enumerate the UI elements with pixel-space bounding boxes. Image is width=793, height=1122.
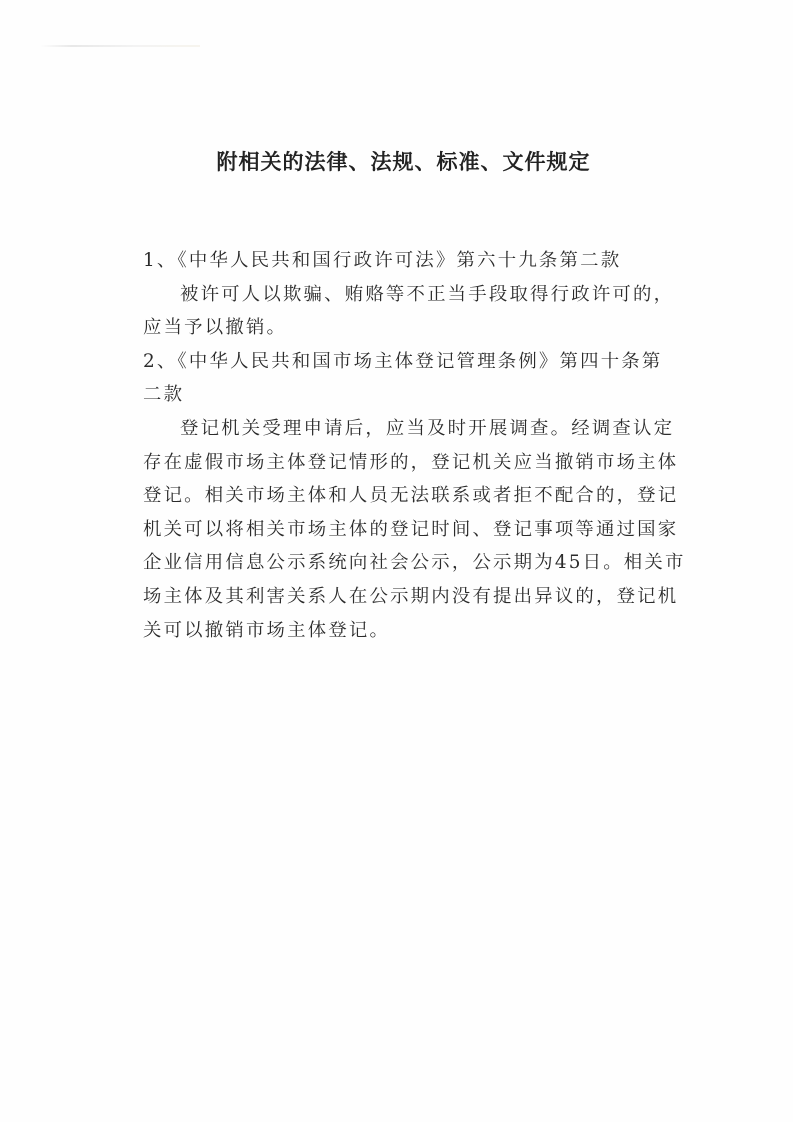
provision-heading-cont: 二款 (143, 378, 659, 412)
legal-provision-2: 2、《中华人民共和国市场主体登记管理条例》第四十条第 二款 登记机关受理申请后，… (143, 345, 659, 647)
provision-heading: 2、《中华人民共和国市场主体登记管理条例》第四十条第 (143, 345, 659, 379)
provision-text-line: 机关可以将相关市场主体的登记时间、登记事项等通过国家 (143, 513, 659, 547)
document-title: 附相关的法律、法规、标准、文件规定 (0, 146, 793, 176)
scan-artifact (40, 45, 200, 47)
provision-text-line: 被许可人以欺骗、贿赂等不正当手段取得行政许可的， (143, 278, 659, 312)
provision-text-line: 存在虚假市场主体登记情形的，登记机关应当撤销市场主体 (143, 446, 659, 480)
provision-text-line: 登记。相关市场主体和人员无法联系或者拒不配合的，登记 (143, 479, 659, 513)
provision-text-line: 应当予以撤销。 (143, 311, 659, 345)
provision-heading: 1、《中华人民共和国行政许可法》第六十九条第二款 (143, 244, 659, 278)
legal-provision-1: 1、《中华人民共和国行政许可法》第六十九条第二款 被许可人以欺骗、贿赂等不正当手… (143, 244, 659, 345)
document-body: 1、《中华人民共和国行政许可法》第六十九条第二款 被许可人以欺骗、贿赂等不正当手… (143, 244, 659, 647)
document-page: 附相关的法律、法规、标准、文件规定 1、《中华人民共和国行政许可法》第六十九条第… (0, 0, 793, 1122)
provision-text-line: 企业信用信息公示系统向社会公示，公示期为45日。相关市 (143, 546, 659, 580)
provision-text-line: 关可以撤销市场主体登记。 (143, 614, 659, 648)
provision-text-line: 登记机关受理申请后，应当及时开展调查。经调查认定 (143, 412, 659, 446)
provision-text-line: 场主体及其利害关系人在公示期内没有提出异议的，登记机 (143, 580, 659, 614)
